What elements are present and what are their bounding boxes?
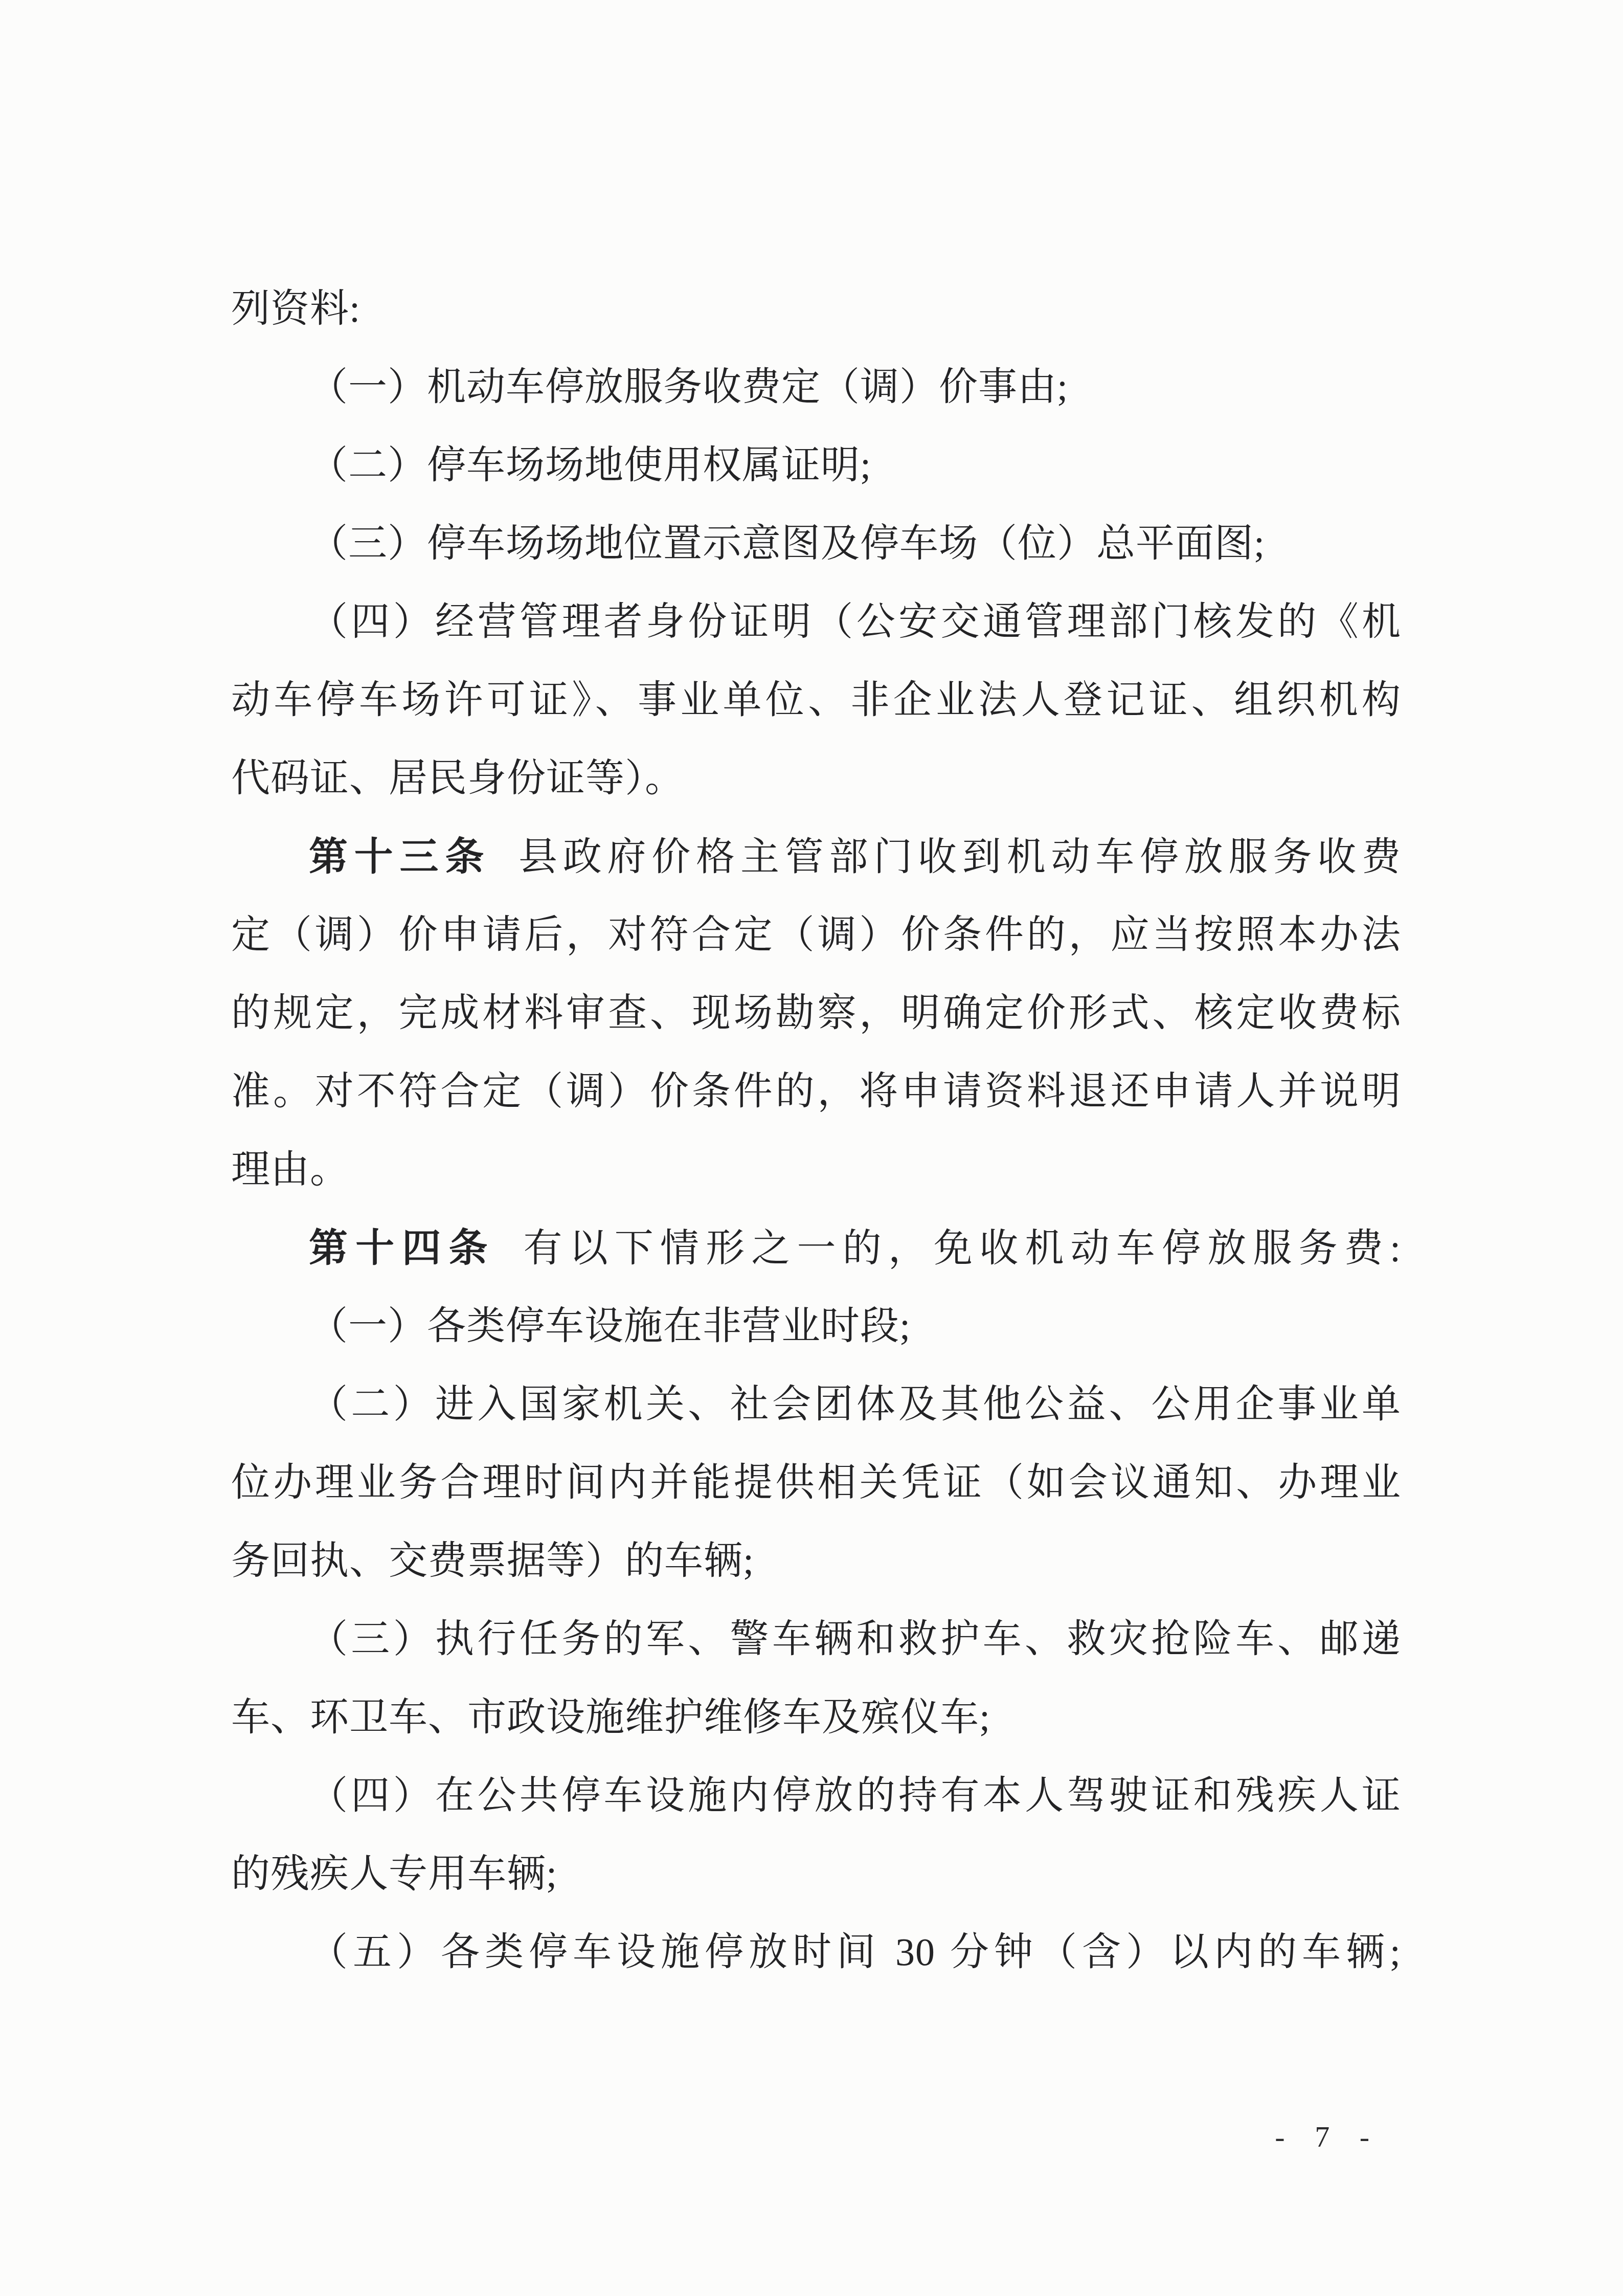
document-line: 的规定，完成材料审查、现场勘察，明确定价形式、核定收费标 (231, 974, 1401, 1053)
document-line: 第十四条有以下情形之一的，免收机动车停放服务费: (231, 1209, 1401, 1287)
document-line: （二）停车场场地使用权属证明; (231, 427, 1401, 505)
document-line: 的残疾人专用车辆; (231, 1835, 1401, 1913)
article-13-text: 县政府价格主管部门收到机动车停放服务收费 (519, 836, 1401, 879)
article-14-text: 有以下情形之一的，免收机动车停放服务费: (523, 1227, 1401, 1270)
page-number: - 7 - (1275, 2116, 1381, 2157)
document-line: 位办理业务合理时间内并能提供相关凭证（如会议通知、办理业 (231, 1444, 1401, 1522)
document-line: （三）执行任务的军、警车辆和救护车、救灾抢险车、邮递 (231, 1600, 1401, 1679)
document-line: （一）各类停车设施在非营业时段; (231, 1287, 1401, 1366)
document-line: 务回执、交费票据等）的车辆; (231, 1522, 1401, 1600)
document-line: 动车停车场许可证》、事业单位、非企业法人登记证、组织机构 (231, 661, 1401, 740)
document-line: （三）停车场场地位置示意图及停车场（位）总平面图; (231, 505, 1401, 583)
document-line: 代码证、居民身份证等）。 (231, 740, 1401, 818)
document-line: （二）进入国家机关、社会团体及其他公益、公用企事业单 (231, 1366, 1401, 1444)
document-line: 列资料: (231, 270, 1401, 348)
document-line: 理由。 (231, 1131, 1401, 1209)
document-line: （一）机动车停放服务收费定（调）价事由; (231, 348, 1401, 427)
article-14-heading: 第十四条 (309, 1227, 495, 1270)
document-page: 列资料: （一）机动车停放服务收费定（调）价事由; （二）停车场场地使用权属证明… (0, 0, 1623, 2296)
document-line: 车、环卫车、市政设施维护维修车及殡仪车; (231, 1679, 1401, 1757)
document-line: 准。对不符合定（调）价条件的，将申请资料退还申请人并说明 (231, 1053, 1401, 1131)
document-line: （四）在公共停车设施内停放的持有本人驾驶证和残疾人证 (231, 1757, 1401, 1835)
document-body: 列资料: （一）机动车停放服务收费定（调）价事由; （二）停车场场地使用权属证明… (231, 270, 1401, 1992)
document-line: 定（调）价申请后，对符合定（调）价条件的，应当按照本办法 (231, 896, 1401, 974)
document-line: 第十三条县政府价格主管部门收到机动车停放服务收费 (231, 818, 1401, 896)
document-line: （四）经营管理者身份证明（公安交通管理部门核发的《机 (231, 583, 1401, 661)
document-line: （五）各类停车设施停放时间 30 分钟（含）以内的车辆; (231, 1913, 1401, 1992)
article-13-heading: 第十三条 (309, 835, 490, 879)
